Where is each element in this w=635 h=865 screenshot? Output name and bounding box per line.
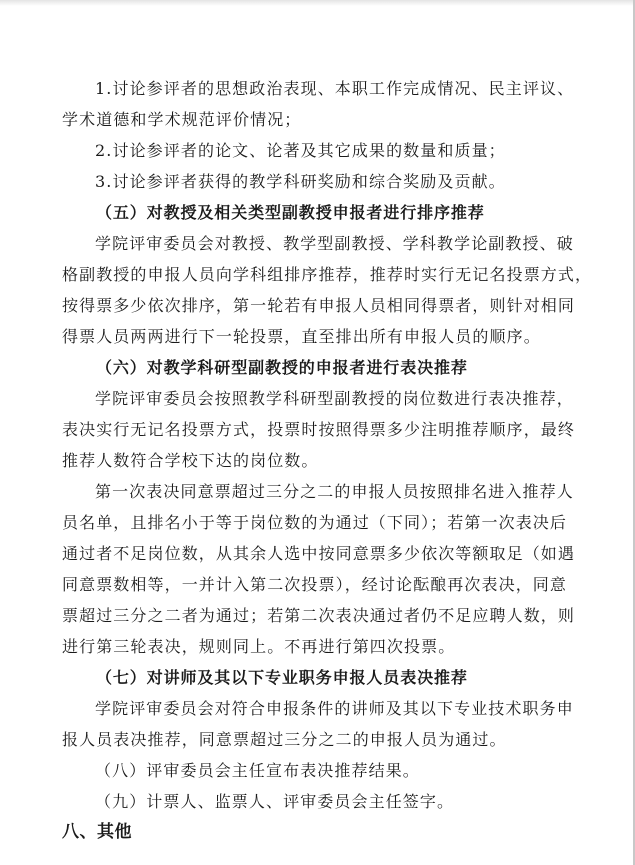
text-line: 通过者不足岗位数，从其余人选中按同意票多少依次等额取足（如遇 bbox=[62, 538, 578, 569]
text-line: 学院评审委员会对教授、教学型副教授、学科教学论副教授、破 bbox=[62, 228, 578, 259]
list-item-1: 1.讨论参评者的思想政治表现、本职工作完成情况、民主评议、 学术道德和学术规范评… bbox=[62, 73, 578, 135]
subsection-heading-6: （六）对教学科研型副教授的申报者进行表决推荐 bbox=[62, 352, 578, 383]
paragraph-professor-ranking: 学院评审委员会对教授、教学型副教授、学科教学论副教授、破 格副教授的申报人员向学… bbox=[62, 228, 578, 352]
text-line: 推荐人数符合学校下达的岗位数。 bbox=[62, 445, 578, 476]
list-item-3: 3.讨论参评者获得的教学科研奖励和综合奖励及贡献。 bbox=[62, 166, 578, 197]
paragraph-voting-rounds: 第一次表决同意票超过三分之二的申报人员按照排名进入推荐人 员名单，且排名小于等于… bbox=[62, 476, 578, 662]
text-line: 进行第三轮表决，规则同上。不再进行第四次投票。 bbox=[62, 631, 578, 662]
step-9-signatures: （九）计票人、监票人、评审委员会主任签字。 bbox=[62, 786, 578, 817]
text-line: 学院评审委员会按照教学科研型副教授的岗位数进行表决推荐， bbox=[62, 383, 578, 414]
text-line: 同意票数相等，一并计入第二次投票），经讨论酝酿再次表决，同意 bbox=[62, 569, 578, 600]
text-line: 2.讨论参评者的论文、论著及其它成果的数量和质量； bbox=[62, 135, 578, 166]
text-line: 学术道德和学术规范评价情况； bbox=[62, 104, 578, 135]
text-line: 表决实行无记名投票方式，投票时按照得票多少注明推荐顺序，最终 bbox=[62, 414, 578, 445]
paragraph-lecturer-recommendation: 学院评审委员会对符合申报条件的讲师及其以下专业技术职务申 报人员表决推荐，同意票… bbox=[62, 693, 578, 755]
text-line: 格副教授的申报人员向学科组排序推荐，推荐时实行无记名投票方式， bbox=[62, 259, 578, 290]
text-line: 报人员表决推荐，同意票超过三分之二的申报人员为通过。 bbox=[62, 724, 578, 755]
text-line: 1.讨论参评者的思想政治表现、本职工作完成情况、民主评议、 bbox=[62, 73, 578, 104]
text-line: 3.讨论参评者获得的教学科研奖励和综合奖励及贡献。 bbox=[62, 166, 578, 197]
list-item-2: 2.讨论参评者的论文、论著及其它成果的数量和质量； bbox=[62, 135, 578, 166]
text-line: 第一次表决同意票超过三分之二的申报人员按照排名进入推荐人 bbox=[62, 476, 578, 507]
text-line: 按得票多少依次排序，第一轮若有申报人员相同得票者，则针对相同 bbox=[62, 290, 578, 321]
document-page: 1.讨论参评者的思想政治表现、本职工作完成情况、民主评议、 学术道德和学术规范评… bbox=[62, 73, 578, 848]
text-line: 得票人员两两进行下一轮投票，直至排出所有申报人员的顺序。 bbox=[62, 321, 578, 352]
text-line: 票超过三分之二者为通过；若第二次表决通过者仍不足应聘人数，则 bbox=[62, 600, 578, 631]
text-line: 员名单，且排名小于等于岗位数的为通过（下同）；若第一次表决后 bbox=[62, 507, 578, 538]
subsection-heading-7: （七）对讲师及其以下专业职务申报人员表决推荐 bbox=[62, 662, 578, 693]
subsection-heading-5: （五）对教授及相关类型副教授申报者进行排序推荐 bbox=[62, 197, 578, 228]
section-title-other: 八、其他 bbox=[62, 817, 578, 848]
paragraph-vote-recommendation: 学院评审委员会按照教学科研型副教授的岗位数进行表决推荐， 表决实行无记名投票方式… bbox=[62, 383, 578, 476]
step-8-announce-results: （八）评审委员会主任宣布表决推荐结果。 bbox=[62, 755, 578, 786]
text-line: 学院评审委员会对符合申报条件的讲师及其以下专业技术职务申 bbox=[62, 693, 578, 724]
page-top-shadow bbox=[0, 0, 635, 6]
